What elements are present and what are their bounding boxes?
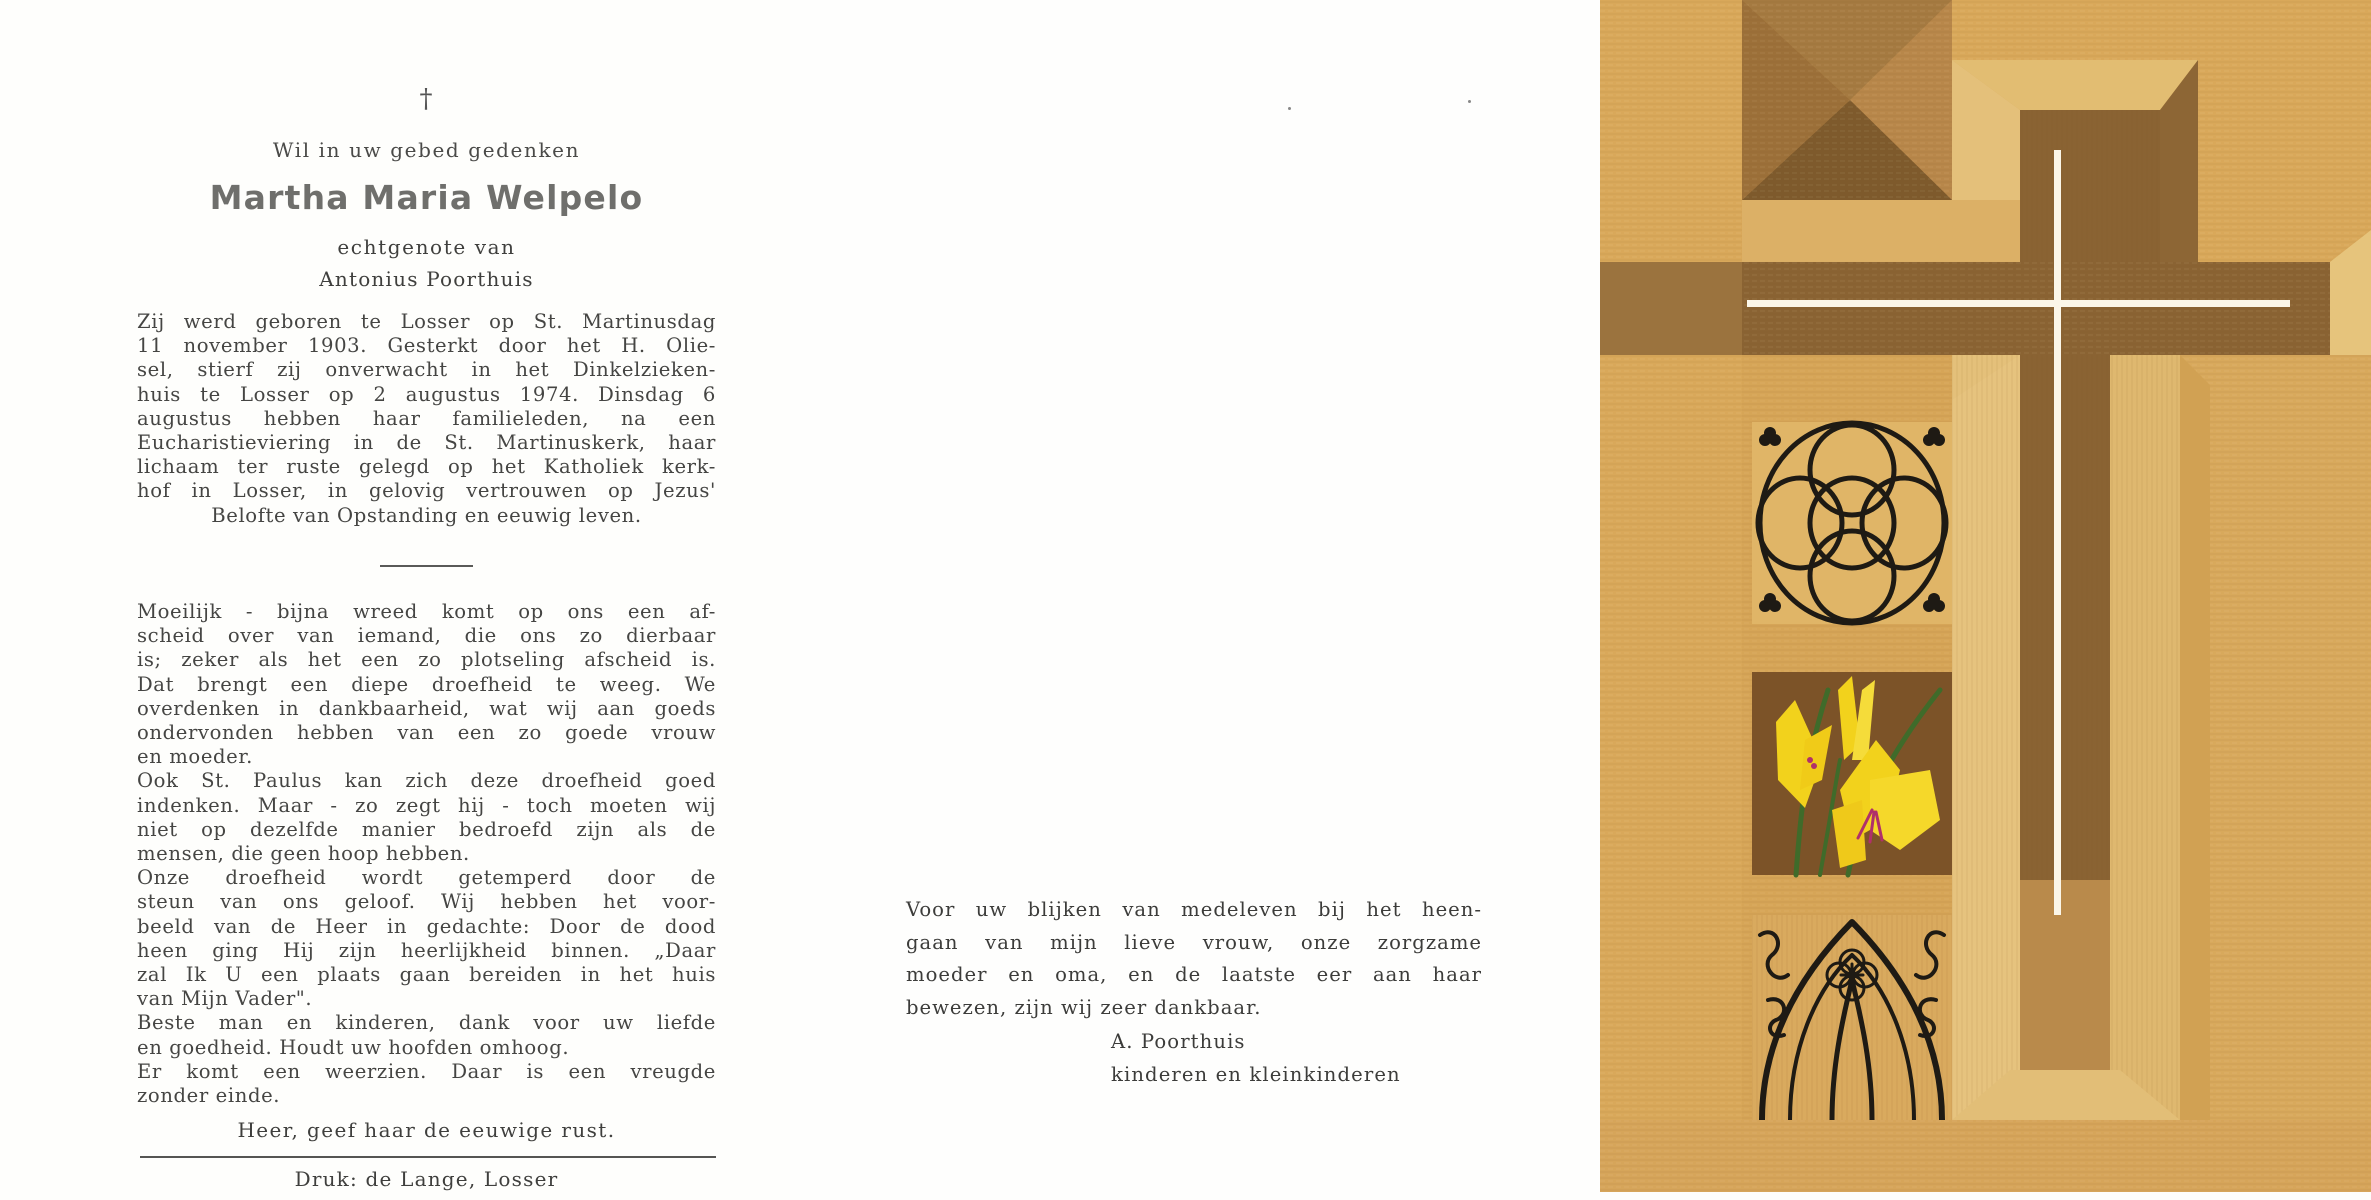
text-line: Moeilijk - bijna wreed komt op ons een a…	[137, 600, 716, 624]
memorial-card: † Wil in uw gebed gedenken Martha Maria …	[0, 0, 2371, 1200]
text-line: Voor uw blijken van medeleven bij het he…	[906, 894, 1482, 927]
reflection-paragraph: Moeilijk - bijna wreed komt op ons een a…	[137, 600, 716, 1108]
text-line: bewezen, zijn wij zeer dankbaar.	[906, 992, 1482, 1025]
text-line: augustus hebben haar familieleden, na ee…	[137, 407, 716, 431]
cross-icon: †	[376, 84, 476, 114]
marquetry-cross-image	[1600, 0, 2371, 1192]
text-line: en moeder.	[137, 745, 716, 769]
text-line: steun van ons geloof. Wij hebben het voo…	[137, 890, 716, 914]
text-line: hof in Losser, in gelovig vertrouwen op …	[137, 479, 716, 503]
text-line: Eucharistieviering in de St. Martinusker…	[137, 431, 716, 455]
text-line: Belofte van Opstanding en eeuwig leven.	[137, 504, 716, 528]
text-line: moeder en oma, en de laatste eer aan haa…	[906, 959, 1482, 992]
text-line: scheid over van iemand, die ons zo dierb…	[137, 624, 716, 648]
separator-dash	[380, 565, 473, 567]
text-line: van Mijn Vader".	[137, 987, 716, 1011]
text-line: Beste man en kinderen, dank voor uw lief…	[137, 1011, 716, 1035]
text-line: Zij werd geboren te Losser op St. Martin…	[137, 310, 716, 334]
text-line: huis te Losser op 2 augustus 1974. Dinsd…	[137, 383, 716, 407]
thanks-paragraph: Voor uw blijken van medeleven bij het he…	[906, 894, 1482, 1024]
deceased-name: Martha Maria Welpelo	[137, 178, 716, 217]
text-line: lichaam ter ruste gelegd op het Katholie…	[137, 455, 716, 479]
text-line: ondervonden hebben van een zo goede vrou…	[137, 721, 716, 745]
text-line: zonder einde.	[137, 1084, 716, 1108]
signature-name: A. Poorthuis	[1111, 1030, 1246, 1053]
signature-family: kinderen en kleinkinderen	[1111, 1063, 1401, 1086]
text-line: heen ging Hij zijn heerlijkheid binnen. …	[137, 939, 716, 963]
text-line: beeld van de Heer in gedachte: Door de d…	[137, 915, 716, 939]
closing-prayer: Heer, geef haar de eeuwige rust.	[137, 1118, 716, 1142]
text-line: en goedheid. Houdt uw hoofden omhoog.	[137, 1036, 716, 1060]
text-line: Onze droefheid wordt getemperd door de	[137, 866, 716, 890]
text-line: niet op dezelfde manier bedroefd zijn al…	[137, 818, 716, 842]
printer-credit: Druk: de Lange, Losser	[137, 1167, 716, 1191]
text-line: Ook St. Paulus kan zich deze droefheid g…	[137, 769, 716, 793]
text-line: zal Ik U een plaats gaan bereiden in het…	[137, 963, 716, 987]
text-line: overdenken in dankbaarheid, wat wij aan …	[137, 697, 716, 721]
biography-paragraph: Zij werd geboren te Losser op St. Martin…	[137, 310, 716, 528]
scan-speck	[1288, 107, 1291, 110]
text-line: is; zeker als het een zo plotseling afsc…	[137, 648, 716, 672]
text-line: Er komt een weerzien. Daar is een vreugd…	[137, 1060, 716, 1084]
spouse-label: echtgenote van	[137, 235, 716, 259]
scan-speck	[1468, 100, 1471, 103]
intro-text: Wil in uw gebed gedenken	[137, 138, 716, 162]
spouse-name: Antonius Poorthuis	[137, 267, 716, 291]
footer-rule	[140, 1156, 716, 1158]
text-line: indenken. Maar - zo zegt hij - toch moet…	[137, 794, 716, 818]
text-line: gaan van mijn lieve vrouw, onze zorgzame	[906, 927, 1482, 960]
left-page: † Wil in uw gebed gedenken Martha Maria …	[0, 0, 790, 1200]
text-line: 11 november 1903. Gesterkt door het H. O…	[137, 334, 716, 358]
text-line: Dat brengt een diepe droefheid te weeg. …	[137, 673, 716, 697]
cross-illustration	[1600, 0, 2371, 1192]
text-line: mensen, die geen hoop hebben.	[137, 842, 716, 866]
text-line: sel, stierf zij onverwacht in het Dinkel…	[137, 358, 716, 382]
